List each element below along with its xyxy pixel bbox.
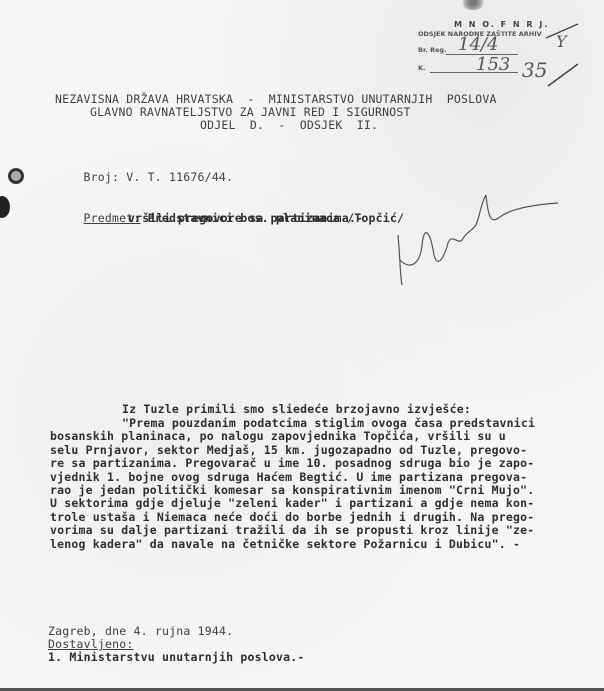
- reference-value: V. T. 11676/44.: [126, 170, 233, 184]
- archive-stamp: M N O. F N R J. ODSJEK NARODNE ZAŠTITE A…: [418, 2, 578, 82]
- reference-number: Broj: V. T. 11676/44.: [55, 156, 233, 198]
- body-line: "Prema pouzdanim podatcima stiglim ovoga…: [122, 416, 535, 430]
- reference-label: Broj:: [84, 170, 120, 184]
- handwritten-signature: [390, 195, 560, 285]
- body-line: U sektorima gdje djeluje "zeleni kader" …: [50, 496, 534, 510]
- body-line: lenog kadera" da navale na četničke sekt…: [50, 537, 520, 551]
- body-line: vjednik 1. bojne ovog sdruga Haćem Begti…: [50, 470, 527, 484]
- pen-strokes: [418, 2, 578, 82]
- binding-mark: [0, 196, 10, 218]
- header-line-1: NEZAVISNA DRŽAVA HRVATSKA - MINISTARSTVO…: [55, 92, 497, 106]
- body-line: re sa partizanima. Pregovarač u ime 10. …: [50, 456, 534, 470]
- body-line: bosanskih planinaca, po nalogu zapovjedn…: [50, 429, 506, 443]
- body-intro: Iz Tuzle primili smo sliedeće brzojavno …: [122, 402, 471, 416]
- body-line: rao je jedan politički komesar sa konspi…: [50, 483, 534, 497]
- body-line: vorima su dalje partizani tražili da ih …: [50, 523, 534, 537]
- recipient: 1. Ministarstvu unutarnjih poslova.-: [48, 650, 304, 664]
- delivered-label: Dostavljeno:: [48, 637, 133, 651]
- body-line: selu Prnjavor, sektor Medjaš, 15 km. jug…: [50, 443, 527, 457]
- header-line-3: ODJEL D. - ODSJEK II.: [200, 118, 378, 132]
- body-line: trole ustaša i Niemaca neće doći do borb…: [50, 510, 534, 524]
- punch-hole-mark: [8, 168, 24, 184]
- header-line-2: GLAVNO RAVNATELJSTVO ZA JAVNI RED I SIGU…: [90, 105, 411, 119]
- place-date: Zagreb, dne 4. rujna 1944.: [48, 624, 233, 638]
- subject-line-2: vršili pregovore sa partizanima.-: [128, 211, 363, 225]
- scanned-document-page: M N O. F N R J. ODSJEK NARODNE ZAŠTITE A…: [0, 0, 604, 691]
